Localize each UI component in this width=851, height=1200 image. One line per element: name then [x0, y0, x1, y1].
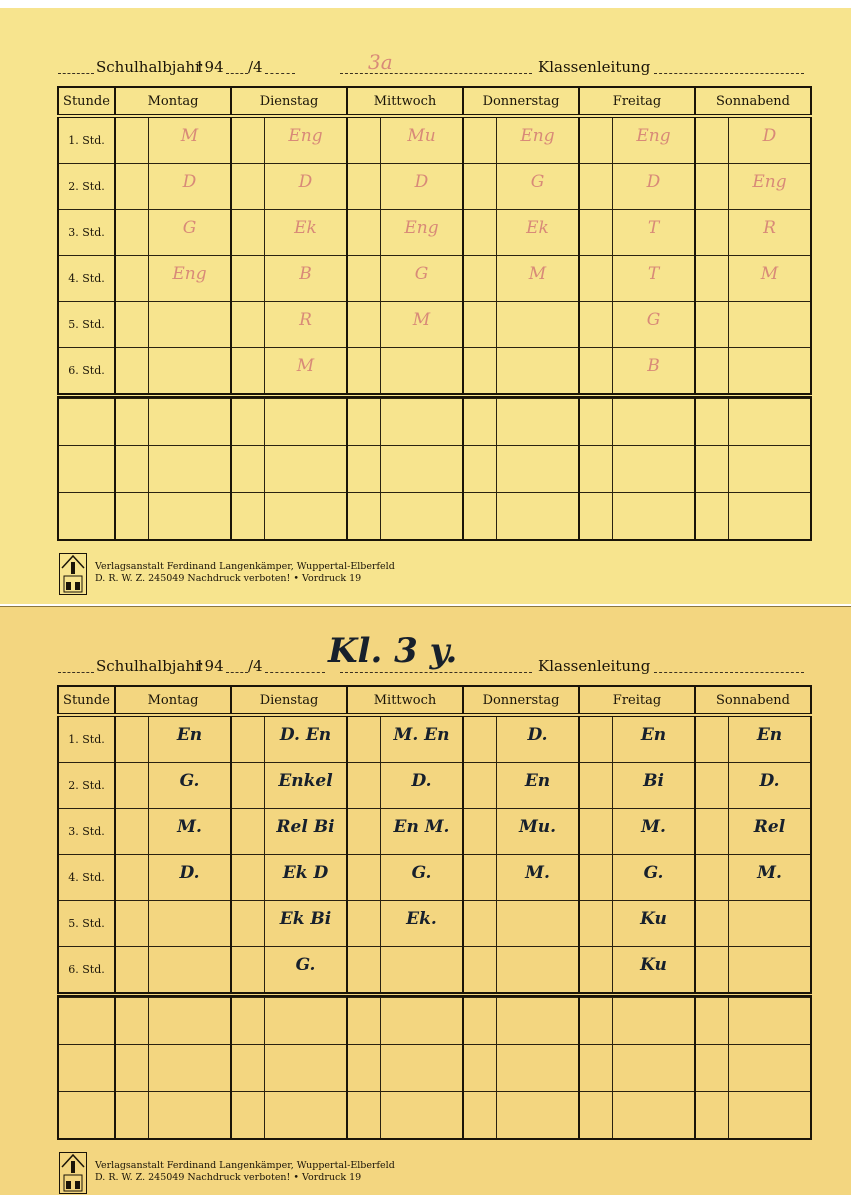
period-row: 5. Std.Ek BiEk.Ku [58, 901, 811, 947]
subject-entry: M [265, 356, 346, 376]
publisher-line-2: D. R. W. Z. 245049 Nachdruck verboten! •… [95, 573, 395, 585]
subject-cell: En M. [381, 809, 464, 855]
subject-entry: En [149, 725, 230, 745]
subject-entry: D. [149, 863, 230, 883]
subject-cell [497, 302, 580, 348]
subject-entry: D. [497, 725, 578, 745]
subject-cell: Rel [729, 809, 812, 855]
subject-cell: Ek [265, 210, 348, 256]
room-cell [231, 302, 265, 348]
room-cell [347, 947, 381, 995]
room-cell [347, 164, 381, 210]
room-cell [115, 256, 149, 302]
room-cell [115, 901, 149, 947]
room-cell [579, 763, 613, 809]
class-name: Kl. 3 y. [328, 631, 457, 671]
subject-entry: R [729, 218, 810, 238]
room-cell [579, 164, 613, 210]
room-cell [695, 947, 729, 995]
room-cell [579, 348, 613, 396]
subject-cell: M [381, 302, 464, 348]
room-cell [231, 715, 265, 763]
timetable-sheet-bottom: Schulhalbjahr 194 /4 Kl. 3 y. Klassenlei… [0, 606, 851, 1195]
period-label: 3. Std. [58, 809, 115, 855]
subject-cell: D. En [265, 715, 348, 763]
room-cell [115, 302, 149, 348]
room-cell [347, 302, 381, 348]
subject-entry: Eng [265, 126, 346, 146]
subject-entry: G. [613, 863, 694, 883]
sheet-header: Schulhalbjahr 194 /4 Kl. 3 y. Klassenlei… [58, 657, 804, 679]
semester-label: Schulhalbjahr [96, 657, 202, 675]
subject-entry: Enkel [265, 771, 346, 791]
publisher-line-1: Verlagsanstalt Ferdinand Langenkämper, W… [95, 1160, 395, 1172]
subject-entry: G [497, 172, 578, 192]
subject-cell: Ek D [265, 855, 348, 901]
subject-entry: M [149, 126, 230, 146]
room-cell [231, 901, 265, 947]
subject-cell: R [265, 302, 348, 348]
class-teacher-label: Klassenleitung [538, 657, 650, 675]
extra-row [58, 1092, 811, 1140]
period-row: 2. Std.DDDGDEng [58, 164, 811, 210]
room-cell [463, 210, 497, 256]
year-prefix: 194 [195, 657, 224, 675]
subject-entry: G. [265, 955, 346, 975]
subject-entry: Eng [497, 126, 578, 146]
room-cell [347, 256, 381, 302]
room-cell [695, 164, 729, 210]
subject-entry: Ek. [381, 909, 462, 929]
column-header: Freitag [579, 686, 695, 715]
period-row: 2. Std.G.EnkelD.EnBiD. [58, 763, 811, 809]
subject-cell: G [149, 210, 232, 256]
subject-entry: D [149, 172, 230, 192]
subject-entry: En [729, 725, 810, 745]
timetable-sheet-top: Schulhalbjahr 194 /4 3a Klassenleitung S… [0, 8, 851, 604]
room-cell [231, 763, 265, 809]
column-header: Sonnabend [695, 686, 811, 715]
subject-cell: Eng [265, 116, 348, 164]
subject-entry: Bi [613, 771, 694, 791]
subject-entry: Ku [613, 955, 694, 975]
subject-entry: D [613, 172, 694, 192]
room-cell [695, 763, 729, 809]
subject-entry: Ek [265, 218, 346, 238]
period-label: 4. Std. [58, 855, 115, 901]
subject-entry: Eng [149, 264, 230, 284]
room-cell [115, 855, 149, 901]
room-cell [115, 809, 149, 855]
subject-cell: R [729, 210, 812, 256]
subject-entry: T [613, 218, 694, 238]
subject-cell: Ek [497, 210, 580, 256]
room-cell [231, 809, 265, 855]
column-header: Donnerstag [463, 686, 579, 715]
subject-entry: T [613, 264, 694, 284]
subject-entry: Rel [729, 817, 810, 837]
subject-entry: Ek [497, 218, 578, 238]
year-suffix: /4 [248, 657, 263, 675]
room-cell [695, 210, 729, 256]
subject-cell: Ek. [381, 901, 464, 947]
room-cell [463, 809, 497, 855]
room-cell [115, 715, 149, 763]
period-row: 6. Std.MB [58, 348, 811, 396]
room-cell [463, 348, 497, 396]
extra-row [58, 399, 811, 446]
room-cell [231, 256, 265, 302]
subject-entry: Mu [381, 126, 462, 146]
column-header: Donnerstag [463, 87, 579, 116]
room-cell [463, 256, 497, 302]
subject-entry: B [613, 356, 694, 376]
column-header: Montag [115, 686, 231, 715]
period-row: 4. Std.D.Ek DG.M.G.M. [58, 855, 811, 901]
period-label: 3. Std. [58, 210, 115, 256]
subject-cell [381, 947, 464, 995]
room-cell [347, 855, 381, 901]
subject-cell: M [149, 116, 232, 164]
subject-cell: G. [613, 855, 696, 901]
subject-entry: M [497, 264, 578, 284]
subject-cell [729, 302, 812, 348]
subject-entry: Eng [613, 126, 694, 146]
column-header: Stunde [58, 686, 115, 715]
subject-entry: Mu. [497, 817, 578, 837]
subject-entry: M [729, 264, 810, 284]
subject-entry: G. [381, 863, 462, 883]
room-cell [579, 947, 613, 995]
room-cell [347, 715, 381, 763]
room-cell [463, 116, 497, 164]
subject-entry: D. [729, 771, 810, 791]
period-label: 1. Std. [58, 116, 115, 164]
column-header: Dienstag [231, 686, 347, 715]
period-row: 1. Std.MEngMuEngEngD [58, 116, 811, 164]
subject-cell: Mu [381, 116, 464, 164]
room-cell [579, 116, 613, 164]
subject-entry: D. En [265, 725, 346, 745]
subject-cell: D [729, 116, 812, 164]
subject-entry: Ek Bi [265, 909, 346, 929]
subject-cell: Ek Bi [265, 901, 348, 947]
column-header: Stunde [58, 87, 115, 116]
timetable-grid: StundeMontagDienstagMittwochDonnerstagFr… [57, 685, 812, 1140]
subject-cell: G [613, 302, 696, 348]
extra-row [58, 446, 811, 493]
subject-cell [149, 302, 232, 348]
subject-cell: En [729, 715, 812, 763]
room-cell [579, 210, 613, 256]
sheet-header: Schulhalbjahr 194 /4 3a Klassenleitung [58, 58, 804, 80]
subject-entry: M [381, 310, 462, 330]
subject-cell: Eng [381, 210, 464, 256]
subject-cell: En [613, 715, 696, 763]
subject-cell: Eng [613, 116, 696, 164]
subject-cell: D. [497, 715, 580, 763]
class-teacher-label: Klassenleitung [538, 58, 650, 76]
subject-cell [149, 947, 232, 995]
column-header: Freitag [579, 87, 695, 116]
subject-cell: En [497, 763, 580, 809]
column-header: Mittwoch [347, 87, 463, 116]
subject-cell: M [265, 348, 348, 396]
room-cell [115, 763, 149, 809]
publisher-line-2: D. R. W. Z. 245049 Nachdruck verboten! •… [95, 1172, 395, 1184]
subject-cell [729, 348, 812, 396]
subject-cell [149, 901, 232, 947]
subject-entry: En [613, 725, 694, 745]
header-row: StundeMontagDienstagMittwochDonnerstagFr… [58, 686, 811, 715]
subject-cell: Eng [149, 256, 232, 302]
subject-entry: R [265, 310, 346, 330]
room-cell [463, 715, 497, 763]
room-cell [579, 302, 613, 348]
subject-entry: M. [149, 817, 230, 837]
column-header: Montag [115, 87, 231, 116]
subject-cell: Eng [729, 164, 812, 210]
subject-cell: Mu. [497, 809, 580, 855]
year-prefix: 194 [195, 58, 224, 76]
subject-entry: G [381, 264, 462, 284]
subject-entry: Eng [381, 218, 462, 238]
subject-cell: M. [149, 809, 232, 855]
period-label: 5. Std. [58, 302, 115, 348]
subject-entry: Ku [613, 909, 694, 929]
period-row: 3. Std.GEkEngEkTR [58, 210, 811, 256]
period-row: 5. Std.RMG [58, 302, 811, 348]
subject-entry: D [265, 172, 346, 192]
room-cell [115, 947, 149, 995]
room-cell [579, 809, 613, 855]
room-cell [347, 763, 381, 809]
room-cell [695, 302, 729, 348]
column-header: Mittwoch [347, 686, 463, 715]
class-name: 3a [368, 50, 393, 74]
room-cell [231, 210, 265, 256]
subject-cell: D. [381, 763, 464, 809]
period-row: 6. Std.G.Ku [58, 947, 811, 995]
publisher-house-logo-icon [59, 1152, 87, 1194]
subject-cell: T [613, 210, 696, 256]
period-row: 3. Std.M.Rel BiEn M.Mu.M.Rel [58, 809, 811, 855]
room-cell [463, 302, 497, 348]
subject-cell: D [265, 164, 348, 210]
room-cell [579, 855, 613, 901]
publisher-line-1: Verlagsanstalt Ferdinand Langenkämper, W… [95, 561, 395, 573]
header-row: StundeMontagDienstagMittwochDonnerstagFr… [58, 87, 811, 116]
room-cell [347, 210, 381, 256]
subject-cell: G [497, 164, 580, 210]
room-cell [115, 116, 149, 164]
room-cell [579, 901, 613, 947]
subject-cell: M. [613, 809, 696, 855]
subject-cell [497, 348, 580, 396]
period-row: 1. Std.EnD. EnM. EnD.EnEn [58, 715, 811, 763]
subject-cell: B [265, 256, 348, 302]
subject-cell [381, 348, 464, 396]
room-cell [463, 164, 497, 210]
subject-cell: Rel Bi [265, 809, 348, 855]
period-label: 6. Std. [58, 947, 115, 995]
subject-entry: M. [729, 863, 810, 883]
subject-entry: D [729, 126, 810, 146]
extra-row [58, 493, 811, 541]
period-label: 2. Std. [58, 763, 115, 809]
room-cell [463, 855, 497, 901]
subject-entry: M. En [381, 725, 462, 745]
room-cell [695, 855, 729, 901]
subject-entry: En M. [381, 817, 462, 837]
subject-cell: B [613, 348, 696, 396]
subject-cell: En [149, 715, 232, 763]
subject-cell: M [497, 256, 580, 302]
room-cell [695, 715, 729, 763]
room-cell [347, 809, 381, 855]
subject-cell [729, 947, 812, 995]
subject-entry: M. [497, 863, 578, 883]
subject-cell [729, 901, 812, 947]
subject-cell: G. [381, 855, 464, 901]
subject-entry: M. [613, 817, 694, 837]
room-cell [695, 348, 729, 396]
subject-entry: B [265, 264, 346, 284]
semester-label: Schulhalbjahr [96, 58, 202, 76]
subject-entry: D. [381, 771, 462, 791]
subject-cell: Ku [613, 901, 696, 947]
room-cell [695, 901, 729, 947]
room-cell [695, 809, 729, 855]
room-cell [463, 947, 497, 995]
room-cell [347, 901, 381, 947]
subject-cell: D [149, 164, 232, 210]
room-cell [231, 348, 265, 396]
room-cell [231, 947, 265, 995]
room-cell [231, 855, 265, 901]
period-label: 4. Std. [58, 256, 115, 302]
subject-cell [149, 348, 232, 396]
subject-entry: Ek D [265, 863, 346, 883]
column-header: Sonnabend [695, 87, 811, 116]
subject-cell: D [381, 164, 464, 210]
subject-entry: G [613, 310, 694, 330]
timetable-grid: StundeMontagDienstagMittwochDonnerstagFr… [57, 86, 812, 541]
room-cell [115, 210, 149, 256]
subject-entry: En [497, 771, 578, 791]
room-cell [463, 763, 497, 809]
room-cell [115, 164, 149, 210]
subject-cell [497, 901, 580, 947]
subject-entry: G. [149, 771, 230, 791]
subject-cell: D [613, 164, 696, 210]
subject-entry: Eng [729, 172, 810, 192]
room-cell [579, 256, 613, 302]
subject-cell [497, 947, 580, 995]
room-cell [579, 715, 613, 763]
room-cell [231, 164, 265, 210]
subject-cell: Bi [613, 763, 696, 809]
period-row: 4. Std.EngBGMTM [58, 256, 811, 302]
room-cell [347, 116, 381, 164]
subject-cell: G. [149, 763, 232, 809]
extra-row [58, 998, 811, 1045]
room-cell [695, 256, 729, 302]
extra-row [58, 1045, 811, 1092]
publisher-house-logo-icon [59, 553, 87, 595]
subject-cell: M. [729, 855, 812, 901]
subject-entry: Rel Bi [265, 817, 346, 837]
subject-cell: D. [729, 763, 812, 809]
subject-cell: Enkel [265, 763, 348, 809]
subject-cell: Eng [497, 116, 580, 164]
column-header: Dienstag [231, 87, 347, 116]
room-cell [231, 116, 265, 164]
subject-cell: M [729, 256, 812, 302]
subject-cell: Ku [613, 947, 696, 995]
subject-cell: M. En [381, 715, 464, 763]
subject-cell: G [381, 256, 464, 302]
room-cell [347, 348, 381, 396]
subject-cell: T [613, 256, 696, 302]
period-label: 2. Std. [58, 164, 115, 210]
subject-entry: G [149, 218, 230, 238]
subject-cell: D. [149, 855, 232, 901]
period-label: 1. Std. [58, 715, 115, 763]
subject-entry: D [381, 172, 462, 192]
room-cell [463, 901, 497, 947]
year-suffix: /4 [248, 58, 263, 76]
subject-cell: M. [497, 855, 580, 901]
room-cell [115, 348, 149, 396]
period-label: 6. Std. [58, 348, 115, 396]
subject-cell: G. [265, 947, 348, 995]
period-label: 5. Std. [58, 901, 115, 947]
room-cell [695, 116, 729, 164]
